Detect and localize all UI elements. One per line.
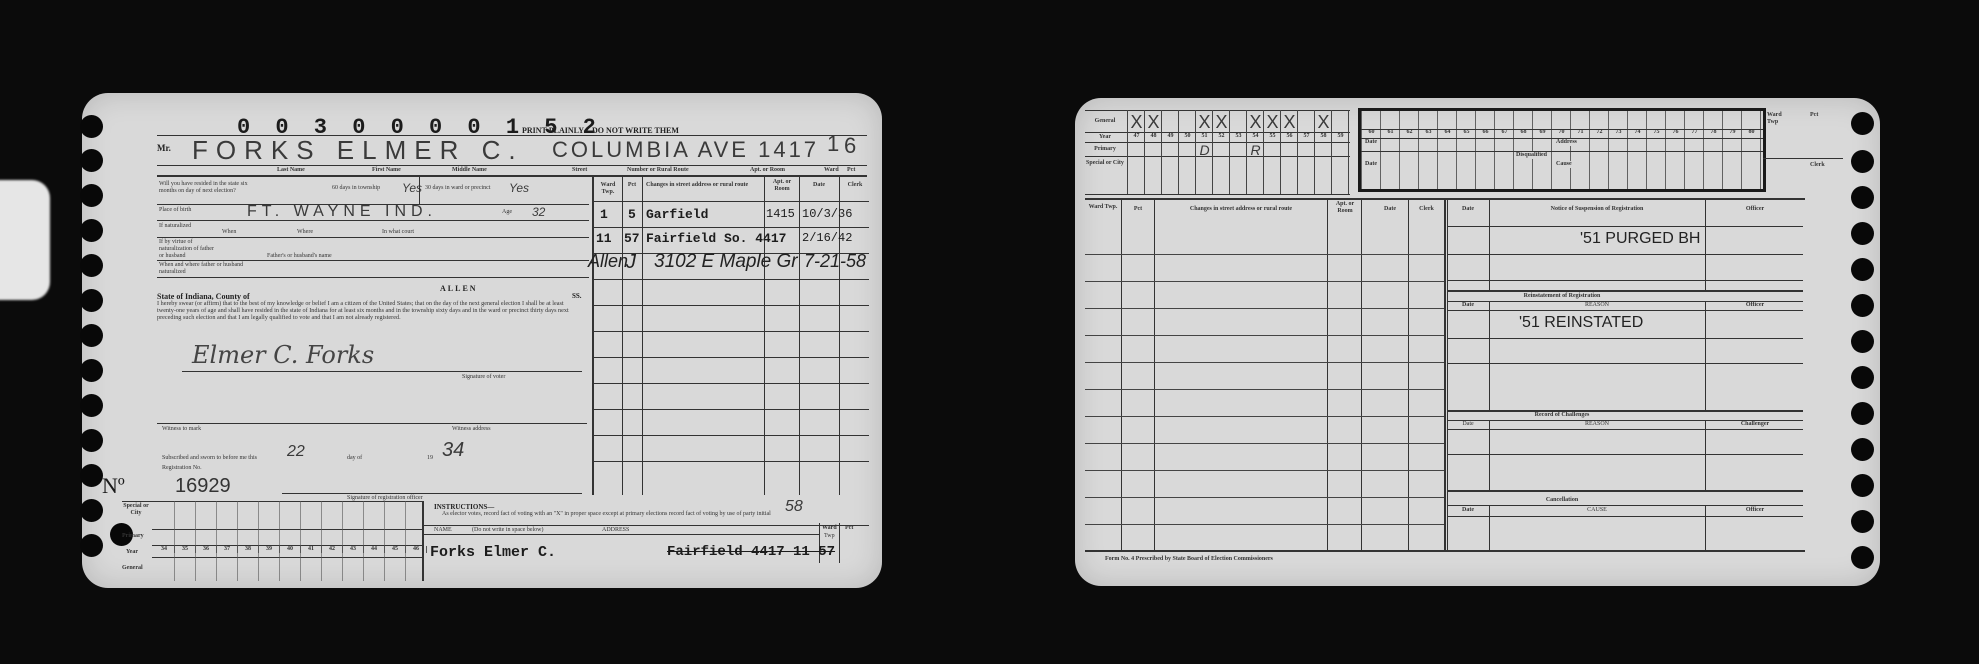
- label-special: Special or City: [122, 503, 150, 517]
- year-cell: 58: [1315, 133, 1332, 140]
- label-footer-address: ADDRESS: [602, 527, 629, 534]
- col-reinstatement-date: Date: [1447, 302, 1489, 309]
- label-when: When: [222, 229, 236, 236]
- year-cell: 59: [1332, 133, 1349, 140]
- vote-mark: [1162, 112, 1179, 133]
- cell-pct: 5: [628, 207, 636, 222]
- cell-pct: 57: [624, 231, 640, 246]
- adjacent-card-edge: [0, 180, 50, 300]
- label-primary: Primary: [1085, 146, 1125, 153]
- vote-mark: D: [1196, 142, 1213, 158]
- date-clerk-cols: Date Clerk: [1372, 200, 1444, 550]
- oath-text: I hereby swear (or affirm) that to the b…: [157, 300, 582, 321]
- label-when-where-father: When and where father or husband natural…: [159, 262, 249, 276]
- vote-mark: X: [1128, 112, 1145, 133]
- number-sign: Nº: [102, 473, 125, 499]
- label-footer-pct: Pct: [845, 525, 853, 532]
- label-where: Where: [297, 229, 313, 236]
- vote-mark: R: [1247, 142, 1264, 158]
- col-apt: Apt. or Room: [766, 179, 798, 193]
- col-ward: Ward Twp.: [1087, 204, 1119, 211]
- year-cell: 71: [1571, 129, 1590, 136]
- punch-hole: [80, 359, 103, 382]
- age-value: 32: [532, 205, 545, 219]
- year-cell: 75: [1647, 129, 1666, 136]
- punch-hole: [80, 534, 103, 557]
- col-date: Date: [1372, 206, 1408, 213]
- col-suspension-officer: Officer: [1707, 206, 1803, 213]
- col-suspension-notice: Notice of Suspension of Registration: [1491, 206, 1703, 213]
- label-footer-twp: Twp: [824, 533, 835, 540]
- col-clerk: Clerk: [1409, 206, 1444, 213]
- punch-hole: [80, 499, 103, 522]
- label-cause: Cause: [1556, 161, 1572, 168]
- label-special: Special or City: [1085, 160, 1125, 167]
- voter-name: FORKS ELMER C.: [192, 135, 524, 166]
- vote-mark: [1213, 142, 1230, 158]
- year-cell: 65: [1457, 129, 1476, 136]
- cell-apt: 1415: [766, 207, 795, 221]
- cell-ward: Allen: [588, 251, 628, 272]
- year-cell: 69: [1533, 129, 1552, 136]
- challenges-title: Record of Challenges: [1447, 412, 1677, 419]
- label-ward: Ward: [824, 167, 839, 174]
- punch-hole: [1851, 186, 1874, 209]
- year-cell: 64: [1438, 129, 1457, 136]
- col-clerk: Clerk: [841, 182, 869, 189]
- punch-hole: [80, 429, 103, 452]
- year-cell: 56: [1281, 133, 1298, 140]
- col-challenge-date: Date: [1447, 421, 1489, 428]
- suspension-stamp: '51 PURGED BH: [1580, 230, 1700, 248]
- col-suspension-date: Date: [1447, 206, 1489, 213]
- punch-hole: [80, 115, 103, 138]
- cell-ward: 1: [600, 207, 608, 222]
- street-address: COLUMBIA AVE 1417: [552, 137, 819, 163]
- vote-mark: [1179, 112, 1196, 133]
- vote-mark: X: [1213, 112, 1230, 133]
- label-street: Street: [572, 167, 587, 174]
- year-cell: 52: [1213, 133, 1230, 140]
- year-cell: 68: [1514, 129, 1533, 136]
- punch-hole: [80, 289, 103, 312]
- footer-address: Fairfield 4417 11 57: [667, 544, 835, 560]
- vote-mark: [1145, 142, 1162, 158]
- registration-card-back: General Year Primary Special or City 47 …: [1075, 98, 1880, 586]
- punch-hole: [1851, 366, 1874, 389]
- col-reinstatement-officer: Officer: [1707, 302, 1803, 309]
- col-changes: Changes in street address or rural route: [646, 182, 762, 189]
- cell-pct: J: [626, 251, 636, 274]
- vote-mark: X: [1196, 112, 1213, 133]
- disqualified-grid: 60 61 62 63 64 65 66 67 68 69 70 71 72 7…: [1358, 108, 1766, 192]
- label-first-name: First Name: [372, 167, 401, 174]
- voting-record-grid: Special or City Primary Year General 34 …: [122, 501, 422, 581]
- punch-hole: [1851, 112, 1874, 135]
- year-cell: 47: [1128, 133, 1145, 140]
- punch-hole: [80, 394, 103, 417]
- col-changes: Changes in street address or rural route: [1157, 206, 1325, 213]
- voter-signature: Elmer C. Forks: [192, 341, 374, 369]
- label-year: Year: [126, 549, 138, 556]
- col-cancel-officer: Officer: [1707, 507, 1803, 514]
- punch-hole: [80, 324, 103, 347]
- vote-mark: [1162, 142, 1179, 158]
- year-value: 34: [442, 439, 464, 462]
- instructions-title: INSTRUCTIONS—: [434, 503, 494, 511]
- cell-date: 7-21-58: [804, 251, 866, 272]
- label-by-virtue: If by virtue of naturalization of father…: [159, 239, 219, 260]
- year-cell: 53: [1230, 133, 1247, 140]
- label-no-write: (Do not write in space below): [472, 527, 543, 534]
- cancellation-title: Cancellation: [1447, 497, 1677, 504]
- cell-date: 2/16/42: [802, 231, 852, 245]
- year-cell: 76: [1666, 129, 1685, 136]
- label-year: Year: [1085, 134, 1125, 141]
- punch-hole: [1851, 438, 1874, 461]
- label-footer-name: NAME: [434, 527, 452, 534]
- county-value: ALLEN: [440, 284, 478, 293]
- label-days-ward: 30 days in ward or precinct: [425, 185, 505, 192]
- registration-number: 16929: [175, 475, 231, 498]
- label-registration-no: Registration No.: [162, 465, 202, 472]
- punch-hole: [1851, 258, 1874, 281]
- label-number-route: Number or Rural Route: [627, 167, 689, 174]
- general-marks-row: X X X X X X X X: [1128, 112, 1349, 133]
- punch-hole: [1851, 330, 1874, 353]
- day-value: 22: [287, 443, 305, 461]
- cell-ward: 11: [596, 231, 612, 246]
- year-cell: 78: [1704, 129, 1723, 136]
- cell-address: 3102 E Maple Gr: [654, 251, 798, 273]
- vote-mark: X: [1281, 112, 1298, 133]
- year-cell: 67: [1495, 129, 1514, 136]
- voter-info-block: Will you have resided in the state six m…: [157, 177, 589, 277]
- address-changes-table-back: Ward Twp. Pct Changes in street address …: [1085, 200, 1372, 550]
- punch-hole: [80, 219, 103, 242]
- punch-hole: [80, 149, 103, 172]
- label-age: Age: [502, 209, 512, 216]
- label-witness-address: Witness address: [452, 426, 491, 433]
- punch-hole: [80, 254, 103, 277]
- col-reinstatement-reason: REASON: [1491, 302, 1703, 309]
- cell-address: Garfield: [646, 207, 708, 222]
- vote-mark: [1230, 142, 1247, 158]
- year-cell: 79: [1723, 129, 1742, 136]
- label-clerk: Clerk: [1810, 162, 1825, 169]
- col-challenge-reason: REASON: [1491, 421, 1703, 428]
- year-cell: 48: [1145, 133, 1162, 140]
- vote-mark: X: [1264, 112, 1281, 133]
- ward-value: 1: [827, 131, 839, 157]
- year-cell: 72: [1590, 129, 1609, 136]
- year-cell: 51: [1196, 133, 1213, 140]
- punch-hole: [1851, 474, 1874, 497]
- year-cell: 54: [1247, 133, 1264, 140]
- label-footer-ward: Ward: [822, 525, 837, 532]
- day-label: day of: [347, 455, 362, 462]
- label-signature: Signature of voter: [462, 374, 505, 381]
- col-date: Date: [801, 182, 837, 189]
- label-ward-twp: Ward Twp: [1767, 112, 1785, 126]
- vote-mark: [1230, 112, 1247, 133]
- year-cell: 55: [1264, 133, 1281, 140]
- vote-mark: [1128, 142, 1145, 158]
- year-cell: 77: [1685, 129, 1704, 136]
- label-date: Date: [1365, 161, 1377, 168]
- voting-record-grid-back: General Year Primary Special or City 47 …: [1085, 110, 1350, 194]
- vote-mark: [1179, 142, 1196, 158]
- title-prefix: Mr.: [157, 143, 171, 153]
- punch-hole: [1851, 150, 1874, 173]
- vote-mark: X: [1315, 112, 1332, 133]
- vote-mark: [1298, 112, 1315, 133]
- col-challenger: Challenger: [1707, 421, 1803, 428]
- punch-hole: [80, 184, 103, 207]
- label-resided: Will you have resided in the state six m…: [159, 181, 259, 195]
- label-naturalized: If naturalized: [159, 223, 199, 230]
- year-cell: 63: [1419, 129, 1438, 136]
- year-cell: 66: [1476, 129, 1495, 136]
- label-father-name: Father's or husband's name: [267, 253, 332, 260]
- year-cell: 60: [1362, 129, 1381, 136]
- year-cell: 49: [1162, 133, 1179, 140]
- punch-hole: [1851, 510, 1874, 533]
- vote-mark: X: [1145, 112, 1162, 133]
- label-primary: Primary: [122, 533, 144, 540]
- pct-value: 6: [844, 133, 856, 159]
- label-general: General: [1085, 118, 1125, 125]
- subscribed-text: Subscribed and sworn to before me this: [162, 455, 257, 462]
- label-general: General: [122, 565, 143, 572]
- cell-address: Fairfield So. 4417: [646, 231, 786, 246]
- year-header-row: 47 48 49 50 51 52 53 54 55 56 57 58 59: [1128, 133, 1349, 140]
- col-cancel-date: Date: [1447, 507, 1489, 514]
- cell-date: 10/3/36: [802, 207, 852, 221]
- address-changes-table: Ward Twp. Pct Changes in street address …: [594, 177, 869, 495]
- label-witness: Witness to mark: [162, 426, 201, 433]
- vote-mark: [1332, 112, 1349, 133]
- instructions-note: 58: [785, 498, 803, 516]
- label-pct: Pct: [847, 167, 855, 174]
- punch-hole: [1851, 402, 1874, 425]
- primary-marks-row: D R: [1128, 142, 1264, 158]
- label-pct: Pct: [1810, 112, 1818, 119]
- punch-hole: [1851, 546, 1874, 569]
- label-address: Address: [1556, 139, 1577, 146]
- reinstatement-stamp: '51 REINSTATED: [1519, 314, 1643, 332]
- label-place-of-birth: Place of birth: [159, 207, 199, 214]
- col-ward: Ward Twp.: [596, 182, 620, 196]
- label-apt-room: Apt. or Room: [750, 167, 785, 174]
- vote-mark: X: [1247, 112, 1264, 133]
- header-notice: PRINT PLAINLY—DO NOT WRITE THEM: [522, 126, 679, 135]
- status-sections: Date Notice of Suspension of Registratio…: [1447, 200, 1803, 550]
- year-prefix: 19: [427, 455, 433, 462]
- year-cell: 50: [1179, 133, 1196, 140]
- label-days-township: 60 days in township: [332, 185, 392, 192]
- year-cell: 70: [1552, 129, 1571, 136]
- instructions-text: As elector votes, record fact of voting …: [442, 511, 782, 518]
- reinstatement-title: Reinstatement of Registration: [1447, 293, 1677, 300]
- punch-hole: [1851, 294, 1874, 317]
- year-cell: 73: [1609, 129, 1628, 136]
- col-apt: Apt. or Room: [1329, 201, 1361, 215]
- disqualified-title: Disqualified: [1516, 152, 1547, 159]
- form-footer: Form No. 4 Prescribed by State Board of …: [1105, 556, 1273, 563]
- year-cell: 62: [1400, 129, 1419, 136]
- col-pct: Pct: [1123, 206, 1153, 213]
- year-cell: 57: [1298, 133, 1315, 140]
- label-last-name: Last Name: [277, 167, 305, 174]
- footer-voter-name: Forks Elmer C.: [430, 544, 556, 561]
- place-of-birth-value: FT. WAYNE IND.: [247, 203, 437, 221]
- label-court: In what court: [382, 229, 414, 236]
- col-pct: Pct: [624, 182, 640, 189]
- punch-hole: [80, 464, 103, 487]
- punch-hole: [1851, 222, 1874, 245]
- year-header-row: 60 61 62 63 64 65 66 67 68 69 70 71 72 7…: [1362, 129, 1761, 136]
- registration-card-front: 0 0 3 0 0 0 0 1 5 2 PRINT PLAINLY—DO NOT…: [82, 93, 882, 588]
- year-cell: 61: [1381, 129, 1400, 136]
- label-date: Date: [1365, 139, 1377, 146]
- ward-residence-value: Yes: [509, 181, 529, 195]
- label-middle-name: Middle Name: [452, 167, 487, 174]
- year-cell: 80: [1742, 129, 1761, 136]
- oath-ss: SS.: [572, 292, 582, 300]
- year-cell: 74: [1628, 129, 1647, 136]
- col-cancel-cause: CAUSE: [1491, 507, 1703, 514]
